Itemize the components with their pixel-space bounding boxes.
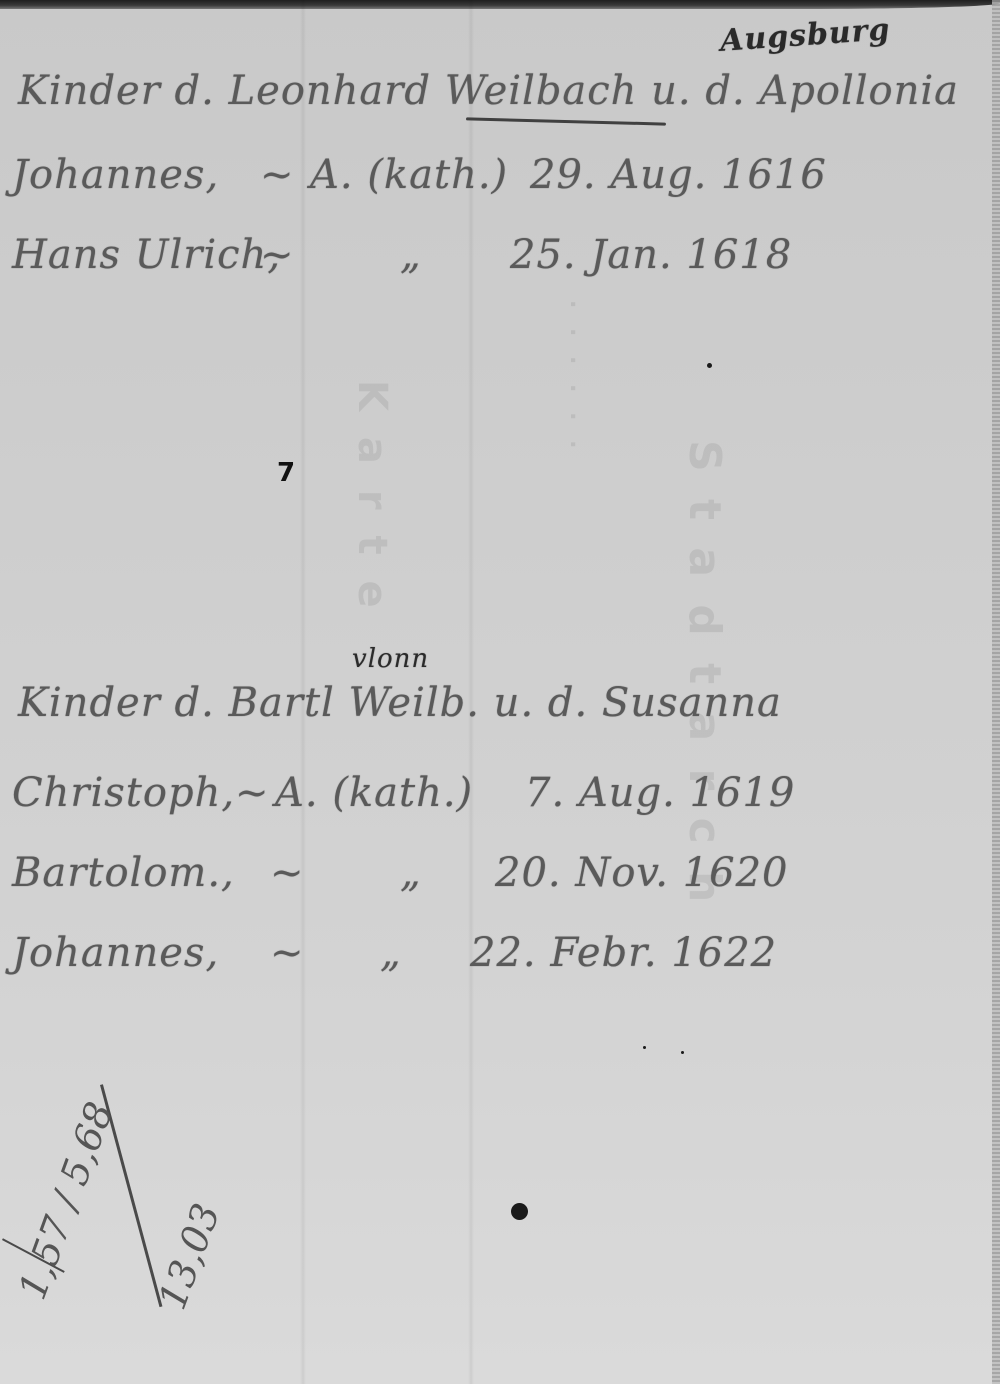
entry-ditto: ~ bbox=[270, 850, 305, 896]
entry-date: 7. Aug. 1619 bbox=[525, 770, 795, 816]
entry-name: Johannes, bbox=[12, 930, 219, 976]
entry-name: Christoph, bbox=[12, 770, 235, 816]
entry-date: 22. Febr. 1622 bbox=[470, 930, 777, 976]
entry-name: Johannes, bbox=[12, 152, 219, 198]
entry-parish-ditto: „ bbox=[380, 930, 402, 976]
group-heading: Kinder d. Bartl Weilb. u. d. Susanna bbox=[18, 680, 782, 726]
card-top-edge bbox=[0, 0, 1000, 9]
entry-date: 20. Nov. 1620 bbox=[495, 850, 789, 896]
group-heading: Kinder d. Leonhard Weilbach u. d. Apollo… bbox=[18, 68, 959, 114]
entry-parish: A. (kath.) bbox=[310, 152, 508, 198]
stray-mark: 7 bbox=[277, 458, 295, 488]
calculation-left: 1,57 / 5,68 bbox=[10, 1096, 122, 1305]
entry-name: Hans Ulrich, bbox=[12, 232, 281, 278]
ink-speck bbox=[707, 363, 712, 368]
ink-speck bbox=[681, 1051, 684, 1054]
entry-ditto: ~ bbox=[260, 152, 295, 198]
entry-parish-ditto: „ bbox=[400, 232, 422, 278]
bleed-through-print: S t a d t a r c h bbox=[679, 440, 730, 908]
surname-underline bbox=[466, 117, 666, 125]
card-right-edge bbox=[992, 0, 1000, 1384]
place-annotation: Augsburg bbox=[719, 12, 892, 59]
index-card: S t a d t a r c h K a r t e . . . . . . … bbox=[0, 0, 1000, 1384]
entry-parish: A. (kath.) bbox=[275, 770, 473, 816]
entry-ditto: ~ bbox=[235, 770, 270, 816]
bleed-through-print: . . . . . . bbox=[565, 300, 590, 454]
calculation-right: 13,03 bbox=[150, 1198, 229, 1315]
entry-ditto: ~ bbox=[260, 232, 295, 278]
bleed-through-print: K a r t e bbox=[349, 380, 395, 614]
entry-ditto: ~ bbox=[270, 930, 305, 976]
entry-parish-ditto: „ bbox=[400, 850, 422, 896]
interlinear-note: vlonn bbox=[352, 644, 429, 674]
ink-blot bbox=[511, 1203, 528, 1220]
entry-date: 29. Aug. 1616 bbox=[530, 152, 827, 198]
ink-speck bbox=[643, 1046, 646, 1049]
entry-name: Bartolom., bbox=[12, 850, 235, 896]
entry-date: 25. Jan. 1618 bbox=[510, 232, 792, 278]
